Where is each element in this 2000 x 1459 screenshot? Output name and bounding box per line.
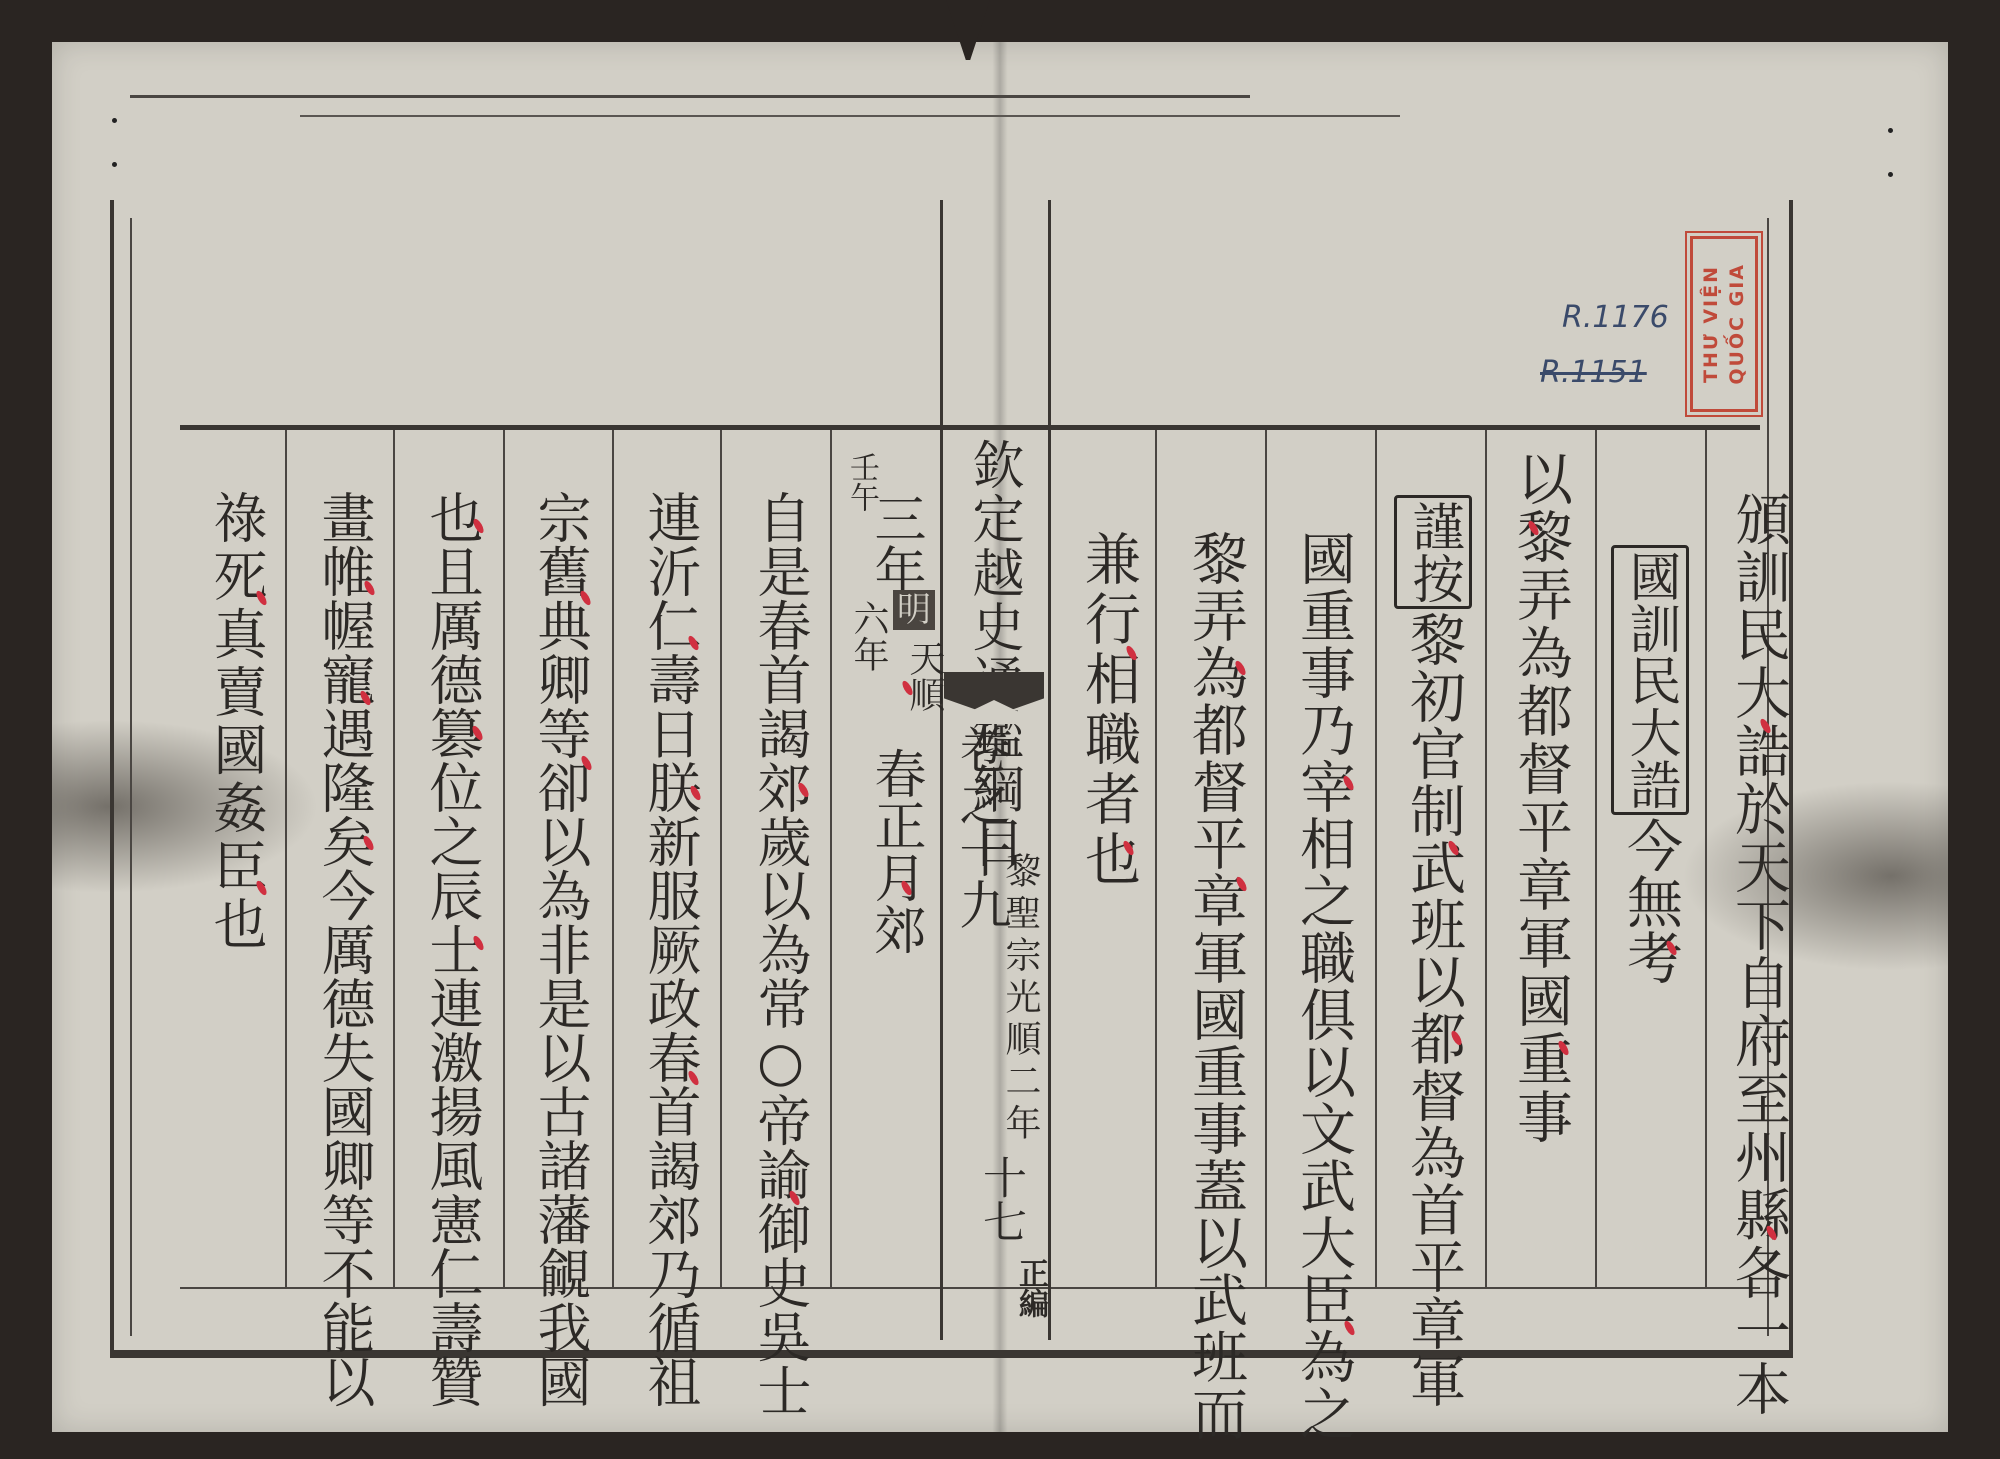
binding-hole bbox=[1888, 172, 1893, 177]
upper-margin-rule bbox=[130, 95, 1250, 98]
column-divider bbox=[503, 430, 505, 1287]
text-column-l2: 自是春首謁郊歲以為常○帝諭御史吳士 bbox=[742, 490, 819, 1417]
header-rule bbox=[180, 425, 1760, 430]
column-divider bbox=[285, 430, 287, 1287]
binding-hole bbox=[112, 118, 117, 123]
column-text: 黎初官制武班以都督為首平章軍 bbox=[1393, 611, 1473, 1409]
boxed-note-heading: 國訓民大誥 bbox=[1611, 545, 1689, 815]
text-column-r3: 以黎弄為都督平章軍國重事 bbox=[1500, 450, 1580, 1146]
text-column-r1: 頒訓民大誥於天下自府至州縣各一本 bbox=[1718, 490, 1798, 1418]
entry-heading: 春正月郊 bbox=[865, 747, 925, 955]
call-number-upper: R.1176 bbox=[1562, 300, 1669, 335]
center-block-left-border bbox=[940, 200, 943, 1340]
column-divider bbox=[1595, 430, 1597, 1287]
text-column-r4: 謹按 黎初官制武班以都督為首平章軍 bbox=[1393, 495, 1473, 1409]
call-number-struck: R.1151 bbox=[1540, 355, 1647, 390]
column-text: 今無考 bbox=[1610, 817, 1690, 985]
column-divider bbox=[1155, 430, 1157, 1287]
binding-hole bbox=[1888, 128, 1893, 133]
column-divider bbox=[720, 430, 722, 1287]
text-column-l3: 連沂仁壽日朕新服厥政春首謁郊乃循祖 bbox=[632, 490, 709, 1408]
column-divider bbox=[1705, 430, 1707, 1287]
binding-hole bbox=[112, 162, 117, 167]
reign-label: 黎聖宗光順二年 bbox=[995, 852, 1046, 1146]
ming-era-name: 天順 bbox=[899, 640, 950, 712]
text-column-l4: 宗舊典卿等卻以為非是以古諸藩覦我國 bbox=[522, 490, 599, 1408]
column-divider bbox=[612, 430, 614, 1287]
text-column-r5: 國重事乃宰相之職俱以文武大臣為之 bbox=[1283, 530, 1363, 1442]
column-divider bbox=[830, 430, 832, 1287]
column-divider bbox=[1265, 430, 1267, 1287]
library-stamp: THƯ VIỆN QUỐC GIA bbox=[1690, 236, 1758, 412]
stamp-line-1: THƯ VIỆN bbox=[1700, 265, 1722, 383]
center-block-right-border bbox=[1048, 200, 1051, 1340]
text-column-r7: 兼行相職者也 bbox=[1068, 530, 1148, 890]
boxed-commentary-heading: 謹按 bbox=[1394, 495, 1472, 609]
ming-dynasty-box: 明 bbox=[893, 590, 935, 630]
stamp-line-2: QUỐC GIA bbox=[1726, 263, 1748, 385]
reign-year: 三年 bbox=[865, 492, 925, 596]
text-column-r2: 國訓民大誥 今無考 bbox=[1610, 545, 1690, 985]
column-divider bbox=[1485, 430, 1487, 1287]
column-divider bbox=[1375, 430, 1377, 1287]
section-label: 正編 bbox=[1008, 1258, 1052, 1318]
date-column: 壬午 三年 六年 明 天順 春正月郊 bbox=[835, 452, 935, 1012]
text-column-l6: 畫帷幄寵遇隆矣今厲德失國卿等不能以 bbox=[306, 490, 383, 1408]
page-number: 十七 bbox=[968, 1155, 1032, 1243]
ming-reign-year: 六年 bbox=[843, 600, 894, 672]
column-divider bbox=[393, 430, 395, 1287]
upper-margin-rule-2 bbox=[300, 115, 1400, 117]
